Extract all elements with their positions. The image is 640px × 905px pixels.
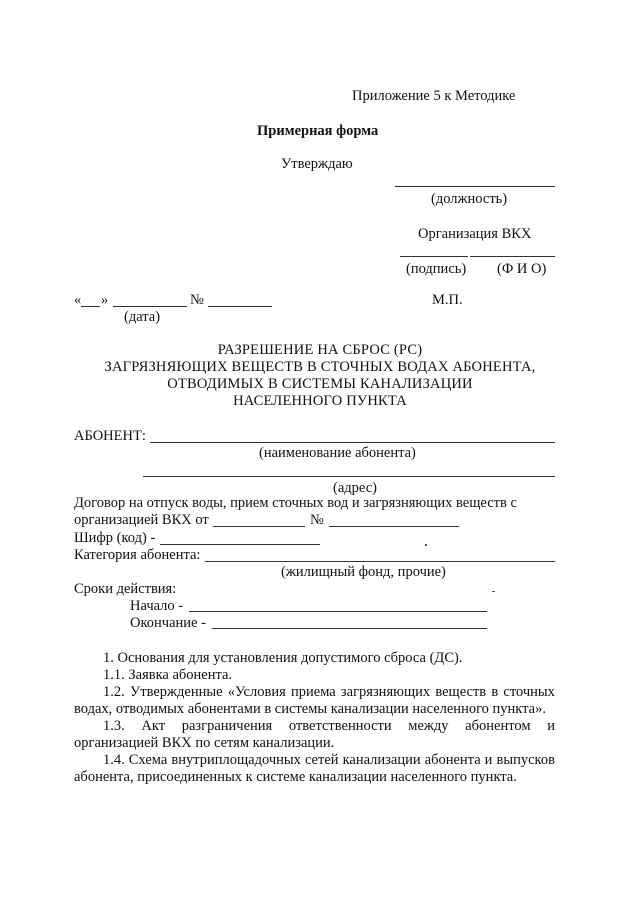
organization-label: Организация ВКХ	[418, 226, 531, 243]
word: сточных	[503, 684, 555, 701]
word: приема	[291, 684, 336, 701]
word: ответственности	[289, 718, 392, 735]
fio-caption: (Ф И О)	[497, 261, 546, 278]
subscriber-name-caption: (наименование абонента)	[259, 445, 416, 462]
category-caption: (жилищный фонд, прочие)	[281, 564, 446, 581]
section-1-2-line-2: водах, отводимых абонентами в системы ка…	[74, 701, 546, 718]
section-1-3-line-1: 1.3. Акт разграничения ответственности м…	[103, 718, 555, 735]
position-caption: (должность)	[431, 191, 507, 208]
word: «Условия	[228, 684, 286, 701]
document-title-line-3: ОТВОДИМЫХ В СИСТЕМЫ КАНАЛИЗАЦИИ	[0, 376, 640, 393]
section-1-3-line-2: организацией ВКХ по сетям канализации.	[74, 735, 334, 752]
document-title-line-4: НАСЕЛЕННОГО ПУНКТА	[0, 393, 640, 410]
word: между	[408, 718, 448, 735]
word: выпусков	[496, 752, 554, 769]
date-day-field[interactable]	[81, 306, 100, 307]
document-title-line-2: ЗАГРЯЗНЯЮЩИХ ВЕЩЕСТВ В СТОЧНЫХ ВОДАХ АБО…	[0, 359, 640, 376]
form-type-label: Примерная форма	[257, 123, 378, 140]
word: сетей	[305, 752, 339, 769]
section-1-2-line-1: 1.2. Утвержденные «Условия приема загряз…	[103, 684, 555, 701]
validity-label: Сроки действия:	[74, 581, 176, 598]
category-field[interactable]	[205, 561, 555, 562]
word: и	[547, 718, 555, 735]
word: загрязняющих	[341, 684, 430, 701]
code-field[interactable]	[160, 544, 320, 545]
code-label: Шифр (код) -	[74, 530, 155, 547]
section-1-4-line-1: 1.4. Схема внутриплощадочных сетей канал…	[103, 752, 555, 769]
word: канализации	[343, 752, 421, 769]
word: в	[491, 684, 498, 701]
word: Схема	[129, 752, 168, 769]
contract-number-field[interactable]	[329, 526, 459, 527]
scan-speck	[425, 544, 427, 546]
section-1-4-line-2: абонента, присоединенных к системе канал…	[74, 769, 517, 786]
seal-label: М.П.	[432, 292, 463, 309]
word: 1.4.	[103, 752, 125, 769]
word: веществ	[435, 684, 486, 701]
address-field[interactable]	[143, 476, 555, 477]
appendix-reference: Приложение 5 к Методике	[352, 88, 515, 105]
date-caption: (дата)	[124, 309, 160, 326]
category-label: Категория абонента:	[74, 547, 200, 564]
date-quote-close: »	[101, 292, 108, 309]
word: Утвержденные	[130, 684, 223, 701]
start-date-label: Начало -	[130, 598, 183, 615]
end-date-label: Окончание -	[130, 615, 206, 632]
word: и	[485, 752, 493, 769]
contract-text-line-1: Договор на отпуск воды, прием сточных во…	[74, 495, 517, 512]
number-sign: №	[190, 292, 204, 309]
contract-date-label: организацией ВКХ от	[74, 512, 209, 529]
section-1-1: 1.1. Заявка абонента.	[103, 667, 232, 684]
word: абонентом	[465, 718, 530, 735]
contract-number-sign: №	[310, 512, 324, 529]
approve-label: Утверждаю	[281, 156, 353, 173]
end-date-field[interactable]	[212, 628, 487, 629]
date-month-year-field[interactable]	[113, 306, 187, 307]
document-title-line-1: РАЗРЕШЕНИЕ НА СБРОС (РС)	[0, 342, 640, 359]
section-1-heading: 1. Основания для установления допустимог…	[103, 650, 462, 667]
scan-speck	[492, 591, 495, 592]
word: абонента	[425, 752, 481, 769]
signature-line[interactable]	[400, 256, 468, 257]
subscriber-name-field[interactable]	[150, 442, 555, 443]
signature-caption: (подпись)	[406, 261, 466, 278]
word: 1.2.	[103, 684, 125, 701]
position-signature-line[interactable]	[395, 186, 555, 187]
document-number-field[interactable]	[208, 306, 272, 307]
word: внутриплощадочных	[171, 752, 301, 769]
subscriber-label: АБОНЕНТ:	[74, 428, 146, 445]
word: Акт	[141, 718, 165, 735]
start-date-field[interactable]	[189, 611, 487, 612]
fio-line[interactable]	[470, 256, 555, 257]
word: разграничения	[182, 718, 272, 735]
word: 1.3.	[103, 718, 125, 735]
contract-date-field[interactable]	[213, 526, 305, 527]
